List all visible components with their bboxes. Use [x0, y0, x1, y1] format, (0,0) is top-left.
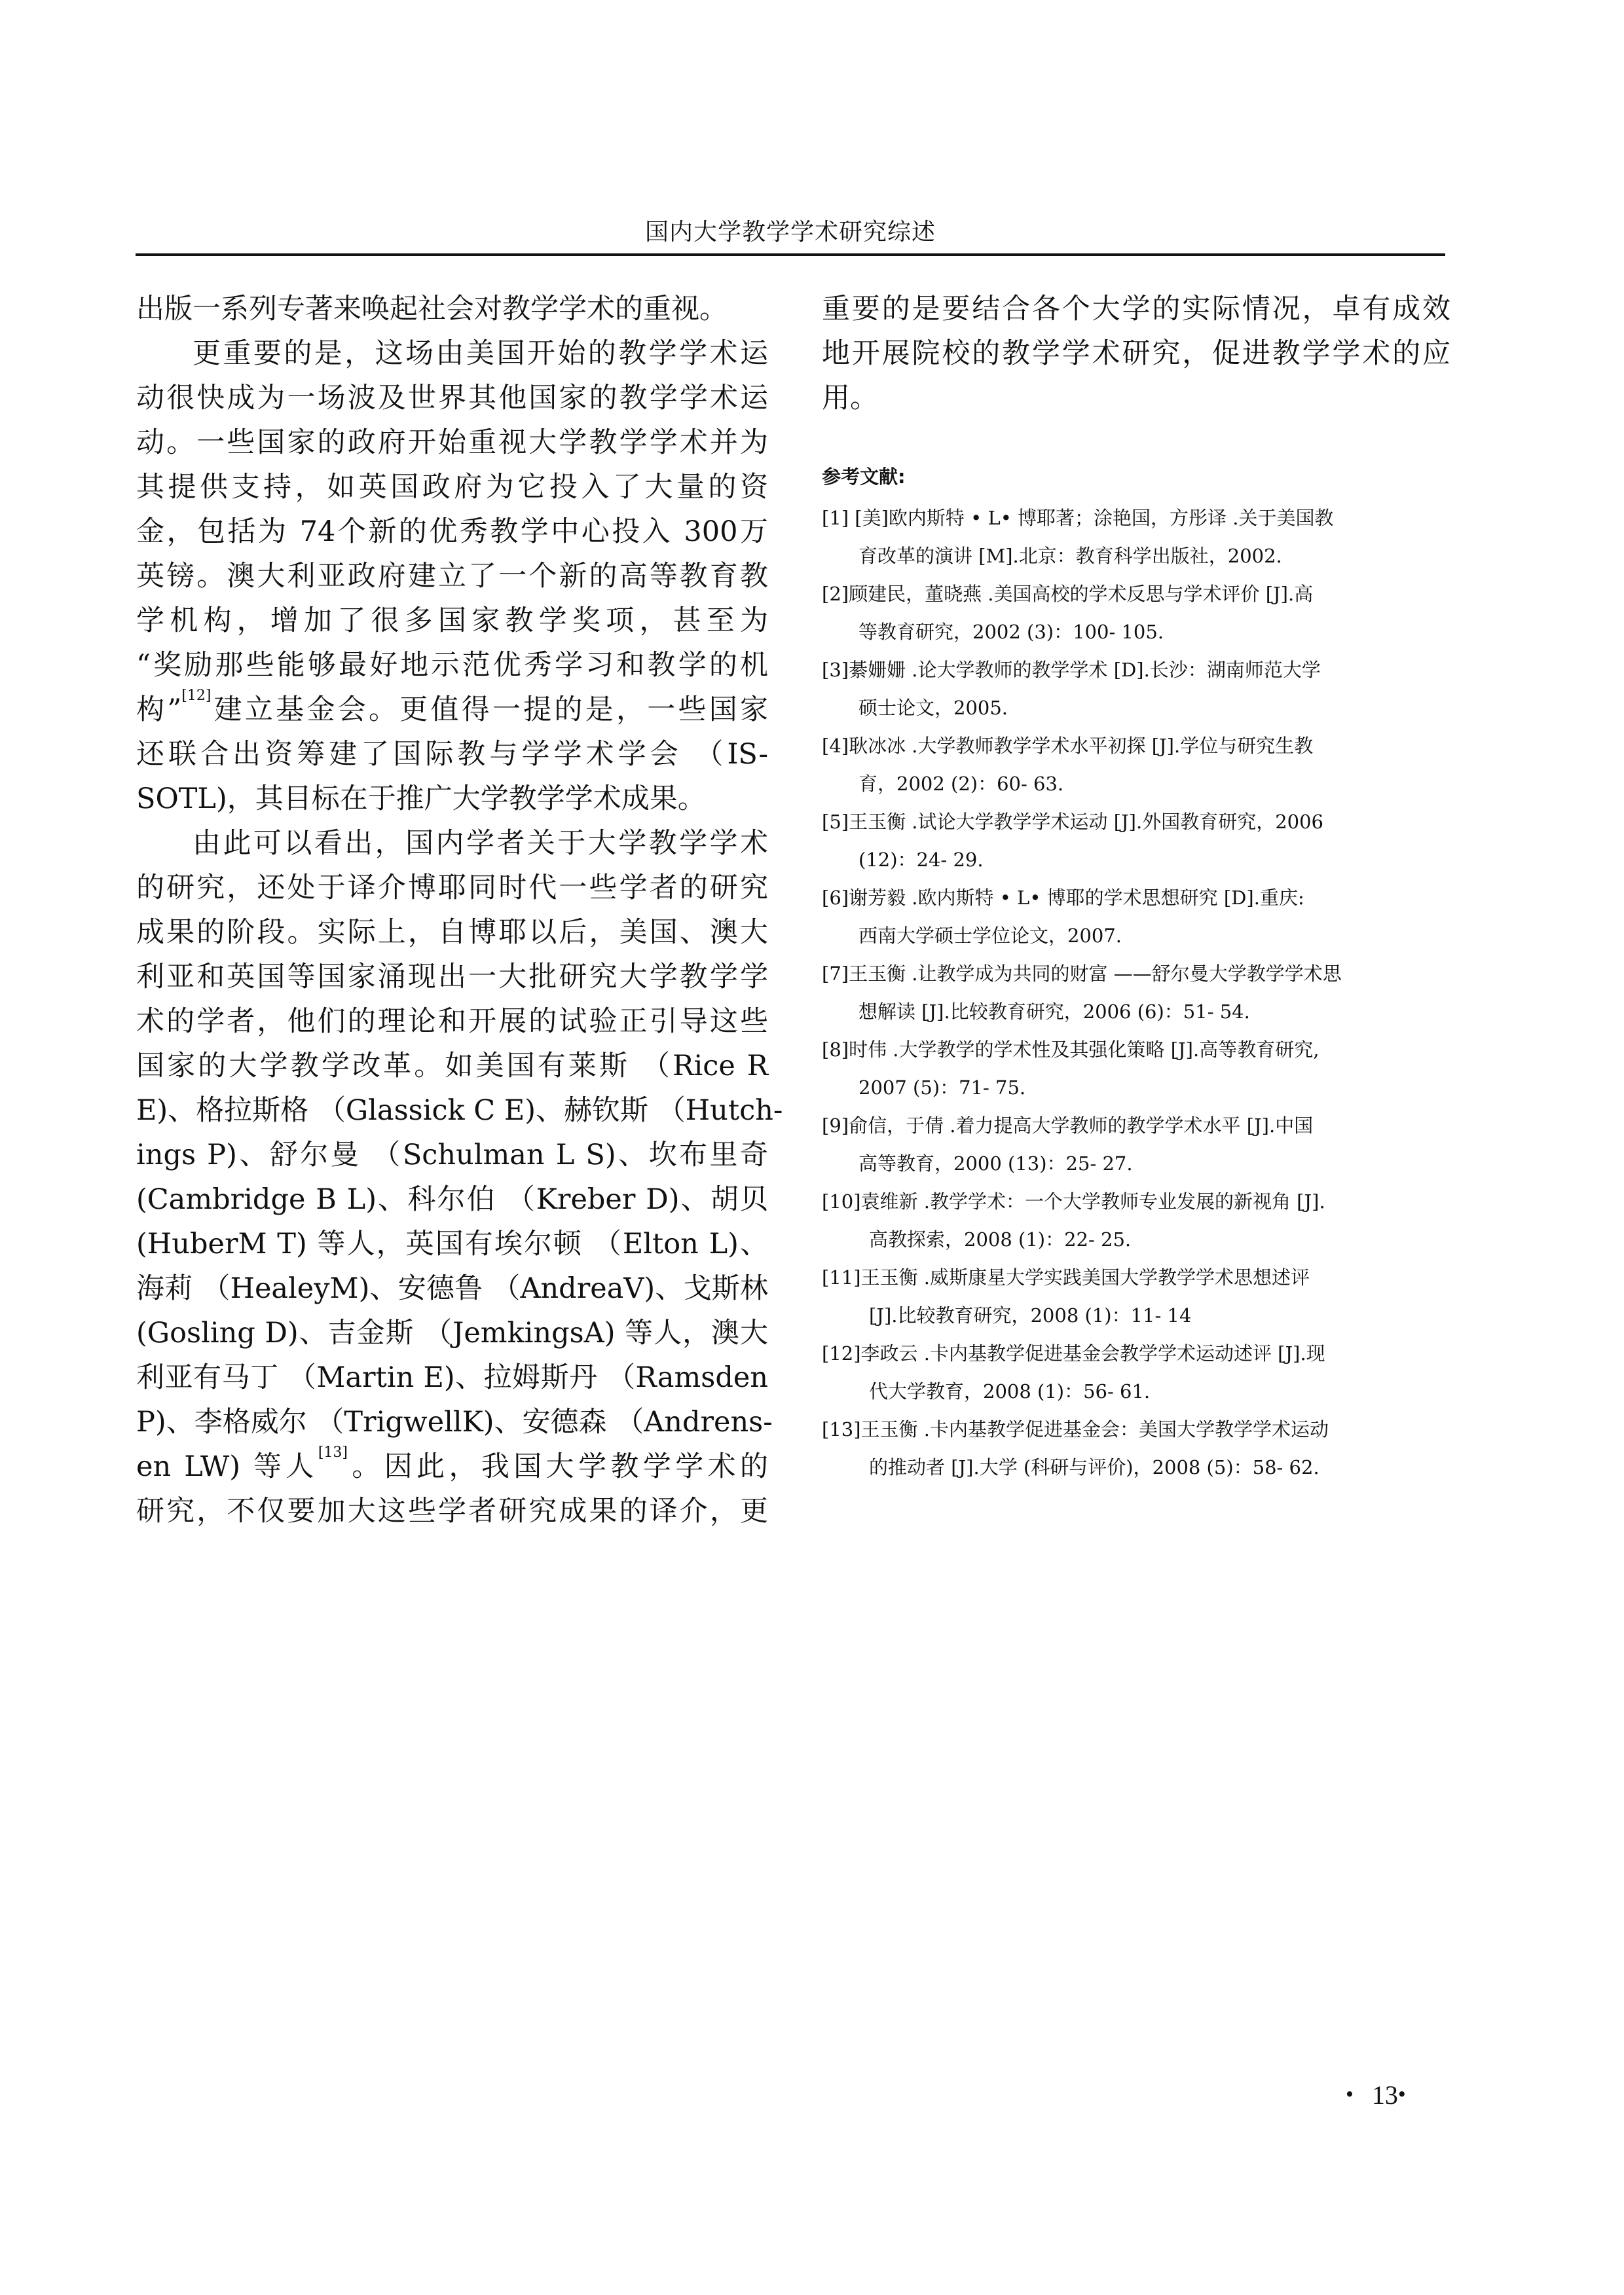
body-line: 重要的是要结合各个大学的实际情况，卓有成效 — [822, 287, 1450, 331]
body-line: SOTL)，其目标在于推广大学教学学术成果。 — [136, 777, 768, 821]
body-line: (Cambridge B L)、科尔伯 （Kreber D)、胡贝 — [136, 1177, 768, 1222]
reference-line: [3]綦姗姗 .论大学教师的教学学术 [D].长沙：湖南师范大学 — [822, 651, 1450, 689]
body-line: “奖励那些能够最好地示范优秀学习和教学的机 — [136, 643, 768, 688]
reference-line: (12)：24- 29. — [822, 841, 1450, 879]
citation-marker: [12] — [181, 688, 211, 704]
body-line: P)、李格威尔 （TrigwellK)、安德森 （Andrens- — [136, 1400, 768, 1444]
body-line: 英镑。澳大利亚政府建立了一个新的高等教育教 — [136, 554, 768, 598]
body-line: 地开展院校的教学学术研究，促进教学学术的应 — [822, 331, 1450, 376]
body-line-with-citation: en LW) 等人[13]。因此，我国大学教学学术的 — [136, 1444, 768, 1489]
reference-line: 育，2002 (2)：60- 63. — [822, 765, 1450, 803]
body-line: 海莉 （HealeyM)、安德鲁 （AndreaV)、戈斯林 — [136, 1266, 768, 1311]
body-line: 金，包括为 74个新的优秀教学中心投入 300万 — [136, 509, 768, 554]
body-line: 国家的大学教学改革。如美国有莱斯 （Rice R — [136, 1044, 768, 1088]
reference-line: [10]袁维新 .教学学术：一个大学教师专业发展的新视角 [J]. — [822, 1183, 1450, 1221]
reference-line: 西南大学硕士学位论文，2007. — [822, 917, 1450, 955]
body-line: 成果的阶段。实际上，自博耶以后，美国、澳大 — [136, 910, 768, 955]
header-rule — [136, 253, 1445, 256]
reference-item: [5]王玉衡 .试论大学教学学术运动 [J].外国教育研究，2006 (12)：… — [822, 803, 1450, 879]
reference-line: 想解读 [J].比较教育研究，2006 (6)：51- 54. — [822, 993, 1450, 1031]
reference-line: [13]王玉衡 .卡内基教学促进基金会：美国大学教学学术运动 — [822, 1410, 1450, 1448]
body-line: 利亚有马丁 （Martin E)、拉姆斯丹 （Ramsden — [136, 1355, 768, 1400]
reference-line: [9]俞信，于倩 .着力提高大学教师的教学学术水平 [J].中国 — [822, 1107, 1450, 1145]
reference-line: [7]王玉衡 .让教学成为共同的财富 ——舒尔曼大学教学学术思 — [822, 955, 1450, 993]
left-column: 出版一系列专著来唤起社会对教学学术的重视。 更重要的是，这场由美国开始的教学学术… — [136, 287, 768, 1533]
reference-item: [7]王玉衡 .让教学成为共同的财富 ——舒尔曼大学教学学术思 想解读 [J].… — [822, 955, 1450, 1031]
reference-line: [4]耿冰冰 .大学教师教学学术水平初探 [J].学位与研究生教 — [822, 727, 1450, 765]
reference-item: [8]时伟 .大学教学的学术性及其强化策略 [J].高等教育研究, 2007 (… — [822, 1031, 1450, 1107]
reference-list: [1] [美]欧内斯特 • L• 博耶著；涂艳国，方彤译 .关于美国教 育改革的… — [822, 499, 1450, 1486]
reference-line: [8]时伟 .大学教学的学术性及其强化策略 [J].高等教育研究, — [822, 1031, 1450, 1069]
reference-item: [10]袁维新 .教学学术：一个大学教师专业发展的新视角 [J]. 高教探索，2… — [822, 1183, 1450, 1258]
reference-line: [1] [美]欧内斯特 • L• 博耶著；涂艳国，方彤译 .关于美国教 — [822, 499, 1450, 537]
body-line: 动。一些国家的政府开始重视大学教学学术并为 — [136, 420, 768, 465]
page-number: • 13• — [1346, 2079, 1406, 2114]
reference-item: [12]李政云 .卡内基教学促进基金会教学学术运动述评 [J].现 代大学教育，… — [822, 1334, 1450, 1410]
body-line: 出版一系列专著来唤起社会对教学学术的重视。 — [136, 287, 768, 331]
reference-item: [3]綦姗姗 .论大学教师的教学学术 [D].长沙：湖南师范大学 硕士论文，20… — [822, 651, 1450, 727]
reference-line: 的推动者 [J].大学 (科研与评价)，2008 (5)：58- 62. — [822, 1448, 1450, 1486]
body-line: (HuberM T) 等人，英国有埃尔顿 （Elton L)、 — [136, 1222, 768, 1266]
reference-line: [11]王玉衡 .威斯康星大学实践美国大学教学学术思想述评 — [822, 1258, 1450, 1296]
body-line: 研究，不仅要加大这些学者研究成果的译介，更 — [136, 1489, 768, 1533]
reference-line: [12]李政云 .卡内基教学促进基金会教学学术运动述评 [J].现 — [822, 1334, 1450, 1372]
body-line: ings P)、舒尔曼 （Schulman L S)、坎布里奇 — [136, 1133, 768, 1177]
bullet-icon: • — [1346, 2082, 1354, 2106]
reference-line: [6]谢芳毅 .欧内斯特 • L• 博耶的学术思想研究 [D].重庆: — [822, 879, 1450, 917]
body-line: 还联合出资筹建了国际教与学学术学会 （IS- — [136, 732, 768, 777]
reference-item: [2]顾建民，董晓燕 .美国高校的学术反思与学术评价 [J].高 等教育研究，2… — [822, 575, 1450, 651]
reference-line: [5]王玉衡 .试论大学教学学术运动 [J].外国教育研究，2006 — [822, 803, 1450, 841]
reference-line: [J].比较教育研究，2008 (1)：11- 14 — [822, 1296, 1450, 1334]
reference-line: 2007 (5)：71- 75. — [822, 1069, 1450, 1107]
reference-item: [9]俞信，于倩 .着力提高大学教师的教学学术水平 [J].中国 高等教育，20… — [822, 1107, 1450, 1183]
bullet-icon: • — [1398, 2082, 1406, 2106]
reference-line: 高教探索，2008 (1)：22- 25. — [822, 1221, 1450, 1258]
line-text: en LW) 等人 — [136, 1450, 318, 1483]
body-line: 动很快成为一场波及世界其他国家的教学学术运 — [136, 376, 768, 420]
body-line: 用。 — [822, 376, 1450, 420]
reference-item: [6]谢芳毅 .欧内斯特 • L• 博耶的学术思想研究 [D].重庆: 西南大学… — [822, 879, 1450, 955]
reference-line: [2]顾建民，董晓燕 .美国高校的学术反思与学术评价 [J].高 — [822, 575, 1450, 613]
page-number-value: 13 — [1372, 2080, 1398, 2110]
line-text: 。因此，我国大学教学学术的 — [348, 1450, 768, 1483]
reference-line: 硕士论文，2005. — [822, 689, 1450, 727]
reference-item: [1] [美]欧内斯特 • L• 博耶著；涂艳国，方彤译 .关于美国教 育改革的… — [822, 499, 1450, 575]
right-column: 重要的是要结合各个大学的实际情况，卓有成效 地开展院校的教学学术研究，促进教学学… — [822, 287, 1450, 1486]
references-heading: 参考文献: — [822, 464, 1450, 490]
body-line: E)、格拉斯格 （Glassick C E)、赫钦斯 （Hutch- — [136, 1088, 768, 1133]
reference-line: 等教育研究，2002 (3)：100- 105. — [822, 613, 1450, 651]
body-line: 利亚和英国等国家涌现出一大批研究大学教学学 — [136, 955, 768, 999]
body-line: 术的学者，他们的理论和开展的试验正引导这些 — [136, 999, 768, 1044]
line-text: 构” — [136, 693, 181, 726]
reference-item: [13]王玉衡 .卡内基教学促进基金会：美国大学教学学术运动 的推动者 [J].… — [822, 1410, 1450, 1486]
reference-line: 代大学教育，2008 (1)：56- 61. — [822, 1372, 1450, 1410]
body-line: 学机构，增加了很多国家教学奖项，甚至为 — [136, 598, 768, 643]
body-line-with-citation: 构”[12]建立基金会。更值得一提的是，一些国家 — [136, 688, 768, 732]
citation-marker: [13] — [318, 1444, 348, 1461]
body-line: 的研究，还处于译介博耶同时代一些学者的研究 — [136, 866, 768, 910]
body-line: (Gosling D)、吉金斯 （JemkingsA) 等人，澳大 — [136, 1311, 768, 1355]
reference-item: [4]耿冰冰 .大学教师教学学术水平初探 [J].学位与研究生教 育，2002 … — [822, 727, 1450, 803]
line-text: 建立基金会。更值得一提的是，一些国家 — [211, 693, 768, 726]
reference-line: 育改革的演讲 [M].北京：教育科学出版社，2002. — [822, 537, 1450, 575]
reference-item: [11]王玉衡 .威斯康星大学实践美国大学教学学术思想述评 [J].比较教育研究… — [822, 1258, 1450, 1334]
running-header-title: 国内大学教学学术研究综述 — [136, 216, 1445, 249]
body-line: 更重要的是，这场由美国开始的教学学术运 — [136, 331, 768, 376]
body-line: 其提供支持，如英国政府为它投入了大量的资 — [136, 465, 768, 509]
reference-line: 高等教育，2000 (13)：25- 27. — [822, 1145, 1450, 1183]
body-line: 由此可以看出，国内学者关于大学教学学术 — [136, 821, 768, 866]
